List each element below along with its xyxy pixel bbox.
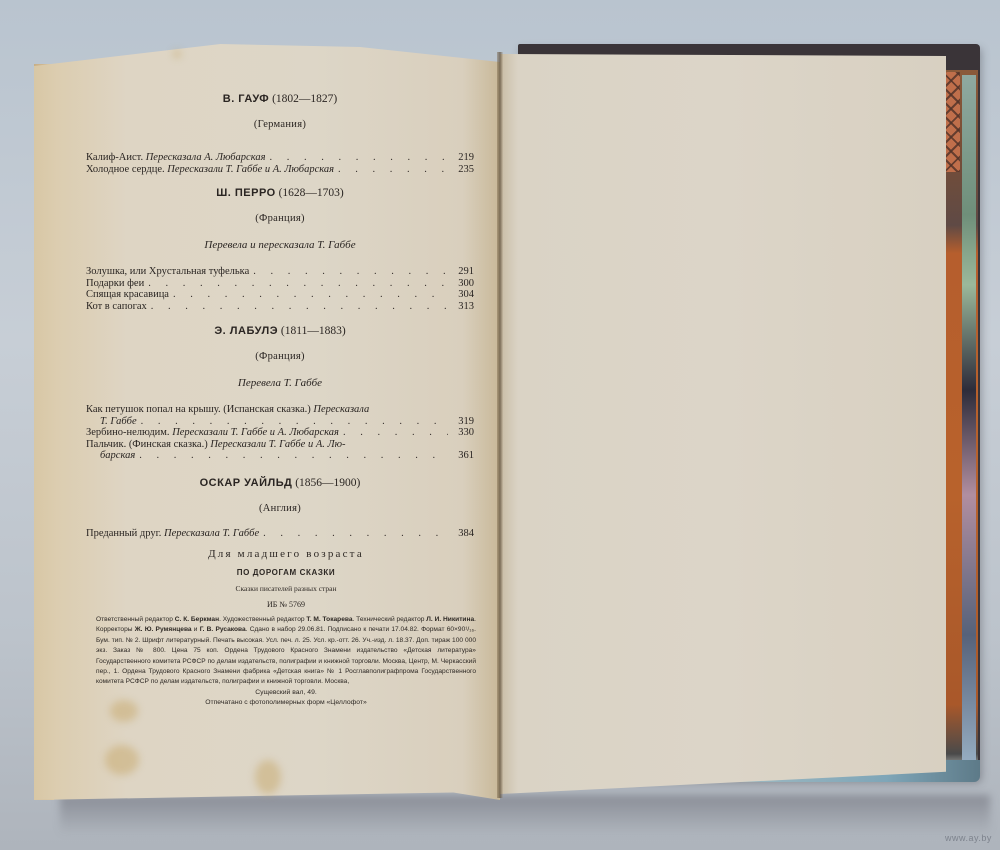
right-page-endpaper <box>500 54 946 794</box>
toc-entry: Золушка, или Хрустальная туфелька . . . … <box>86 266 474 278</box>
story-credit: Пересказала Т. Габбе <box>164 528 259 539</box>
story-credit: Пересказали Т. Габбе и А. Лю- <box>210 439 345 450</box>
printer-address: Сущевский вал, 49. <box>96 688 476 698</box>
toc-entry: Преданный друг. Пересказала Т. Габбе . .… <box>86 528 474 540</box>
page-number: 319 <box>452 416 474 428</box>
author-name: ОСКАР УАЙЛЬД <box>200 477 293 489</box>
ib-number: ИБ № 5769 <box>96 597 476 613</box>
art-editor: Т. М. Токарева <box>306 616 352 623</box>
toc-section-hauff: В. ГАУФ (1802—1827) (Германия) Калиф-Аис… <box>86 90 474 175</box>
author-country: (Франция) <box>86 210 474 228</box>
page-number: 304 <box>452 289 474 301</box>
story-title: Холодное сердце. <box>86 164 165 175</box>
leader-dots: . . . . . . . . . . . . . . . . . . . . … <box>269 152 448 164</box>
responsible-editor: С. К. Беркман <box>175 616 219 623</box>
toc-entry: Кот в сапогах . . . . . . . . . . . . . … <box>86 301 474 313</box>
paper-stain <box>173 50 181 58</box>
story-title: Как петушок попал на крышу. (Испанская с… <box>86 404 311 415</box>
leader-dots: . . . . . . . . . . . . . . . . . . . . <box>263 528 448 540</box>
author-heading: В. ГАУФ (1802—1827) <box>86 90 474 108</box>
leader-dots: . . . . . . . . . . . . . . . . . . . . … <box>151 301 448 313</box>
story-title: Подарки феи <box>86 278 144 290</box>
toc-entry: Подарки феи . . . . . . . . . . . . . . … <box>86 278 474 290</box>
page-number: 235 <box>452 164 474 176</box>
page-number: 361 <box>452 450 474 462</box>
printing-note: Отпечатано с фотополимерных форм «Целлоф… <box>96 698 476 708</box>
author-heading: Ш. ПЕРРО (1628—1703) <box>86 184 474 202</box>
story-credit: Пересказала А. Любарская <box>146 152 266 163</box>
story-title: Калиф-Аист. <box>86 152 143 163</box>
translator-credit: Перевела и пересказала Т. Габбе <box>86 236 474 254</box>
author-years: (1856—1900) <box>295 477 360 489</box>
story-credit: Пересказали Т. Габбе и А. Любарская <box>167 164 334 175</box>
book-subtitle: Сказки писателей разных стран <box>96 581 476 597</box>
leader-dots: . . . . . . . . <box>343 427 448 439</box>
toc-entry: Зербино-нелюдим. Пересказали Т. Габбе и … <box>86 427 474 439</box>
proofreader: Ж. Ю. Румянцева <box>135 626 192 633</box>
leader-dots: . . . . . . . . . . . . . . . . . . . . … <box>139 450 448 462</box>
toc-section-laboulaye: Э. ЛАБУЛЭ (1811—1883) (Франция) Перевела… <box>86 322 474 462</box>
story-credit-continued: барская <box>100 450 135 461</box>
page-number: 219 <box>452 152 474 164</box>
paper-stain <box>105 745 139 775</box>
site-watermark: www.ay.by <box>945 833 992 843</box>
publication-details: Ответственный редактор С. К. Беркман. Ху… <box>96 615 476 688</box>
book-shadow <box>60 795 990 835</box>
author-years: (1811—1883) <box>281 325 346 337</box>
toc-section-wilde: ОСКАР УАЙЛЬД (1856—1900) (Англия) Предан… <box>86 474 474 540</box>
author-name: В. ГАУФ <box>223 93 269 105</box>
page-number: 313 <box>452 301 474 313</box>
story-title: Преданный друг. <box>86 528 161 539</box>
story-title: Кот в сапогах <box>86 301 147 313</box>
story-title: Зербино-нелюдим. <box>86 427 170 438</box>
toc-entry: Как петушок попал на крышу. (Испанская с… <box>86 404 474 427</box>
age-rating: Для младшего возраста <box>96 545 476 563</box>
author-country: (Германия) <box>86 116 474 134</box>
page-number: 384 <box>452 528 474 540</box>
author-country: (Франция) <box>86 348 474 366</box>
paper-stain <box>255 760 281 794</box>
colophon: Для младшего возраста ПО ДОРОГАМ СКАЗКИ … <box>96 545 476 708</box>
story-title: Пальчик. (Финская сказка.) <box>86 439 208 450</box>
toc-entry: Спящая красавица . . . . . . . . . . . .… <box>86 289 474 301</box>
cover-side-strip <box>962 75 976 775</box>
story-title: Золушка, или Хрустальная туфелька <box>86 266 249 278</box>
toc-entry: Калиф-Аист. Пересказала А. Любарская . .… <box>86 152 474 164</box>
technical-editor: Л. И. Никитина <box>426 616 474 623</box>
leader-dots: . . . . . . . . . . . . . . . . . . . . … <box>173 289 448 301</box>
story-credit: Пересказала <box>313 404 369 415</box>
author-years: (1802—1827) <box>272 93 337 105</box>
leader-dots: . . . . . . . . . . . . . . . . . . . . … <box>253 266 448 278</box>
toc-section-perrault: Ш. ПЕРРО (1628—1703) (Франция) Перевела … <box>86 184 474 312</box>
book-title: ПО ДОРОГАМ СКАЗКИ <box>96 565 476 581</box>
story-credit-continued: Т. Габбе <box>100 416 137 427</box>
page-number: 291 <box>452 266 474 278</box>
translator-credit: Перевела Т. Габбе <box>86 374 474 392</box>
proofreader: Г. В. Русакова <box>200 626 246 633</box>
author-name: Ш. ПЕРРО <box>216 187 276 199</box>
page-number: 330 <box>452 427 474 439</box>
page-number: 300 <box>452 278 474 290</box>
story-credit: Пересказали Т. Габбе и А. Любарская <box>172 427 339 438</box>
table-of-contents: В. ГАУФ (1802—1827) (Германия) Калиф-Аис… <box>86 90 474 539</box>
leader-dots: . . . . . . . . . . . . . . . . . . . . … <box>141 416 448 428</box>
leader-dots: . . . . . . . . . . . . . . . . . . . . … <box>338 164 448 176</box>
author-name: Э. ЛАБУЛЭ <box>214 325 278 337</box>
author-heading: Э. ЛАБУЛЭ (1811—1883) <box>86 322 474 340</box>
toc-entry: Холодное сердце. Пересказали Т. Габбе и … <box>86 164 474 176</box>
author-heading: ОСКАР УАЙЛЬД (1856—1900) <box>86 474 474 492</box>
leader-dots: . . . . . . . . . . . . . . . . . . . . … <box>148 278 448 290</box>
book-gutter <box>497 52 503 798</box>
author-years: (1628—1703) <box>279 187 344 199</box>
author-country: (Англия) <box>86 500 474 518</box>
story-title: Спящая красавица <box>86 289 169 301</box>
toc-entry: Пальчик. (Финская сказка.) Пересказали Т… <box>86 439 474 462</box>
